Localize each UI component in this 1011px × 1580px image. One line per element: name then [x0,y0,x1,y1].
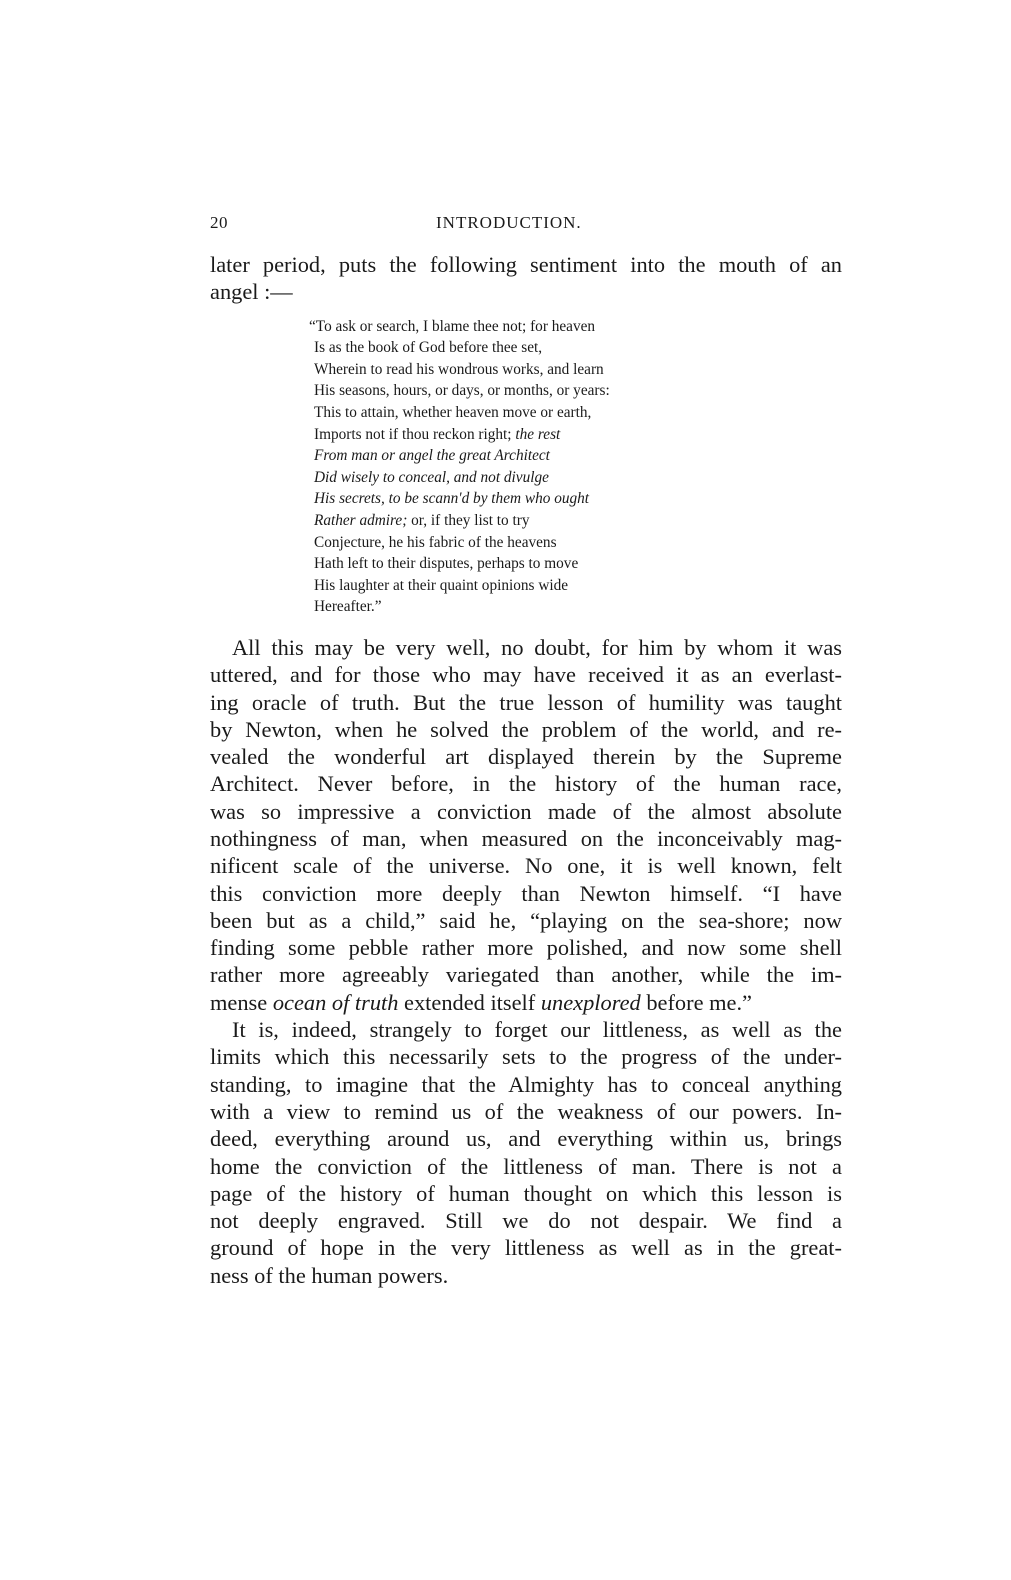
text-line: ground of hope in the very littleness as… [210,1234,842,1261]
text-line: finding some pebble rather more polished… [210,934,842,961]
text-run: extended itself [398,990,540,1015]
text-line: standing, to imagine that the Almighty h… [210,1071,842,1098]
verse-line: Conjecture, he his fabric of the heavens [314,532,842,554]
verse-line: Hereafter.” [314,596,842,618]
paragraph-newton: All this may be very well, no doubt, for… [210,634,842,1016]
verse-line: From man or angel the great Architect [314,445,842,467]
verse-line: Hath left to their disputes, perhaps to … [314,553,842,575]
text-line: by Newton, when he solved the problem of… [210,716,842,743]
running-head: 20 INTRODUCTION. [210,213,842,239]
text-line: Architect. Never before, in the history … [210,770,842,797]
text-line: later period, puts the following sentime… [210,251,842,278]
text-line: not deeply engraved. Still we do not des… [210,1207,842,1234]
text-line: home the conviction of the littleness of… [210,1153,842,1180]
text-line: ness of the human powers. [210,1262,842,1289]
verse-line: Wherein to read his wondrous works, and … [314,359,842,381]
opening-paragraph: later period, puts the following sentime… [210,251,842,306]
text-line: with a view to remind us of the weakness… [210,1098,842,1125]
text-line: nothingness of man, when measured on the… [210,825,842,852]
text-line: deed, everything around us, and everythi… [210,1125,842,1152]
paragraph-littleness: It is, indeed, strangely to forget our l… [210,1016,842,1289]
text-line: mense ocean of truth extended itself une… [210,989,842,1016]
verse-line: “To ask or search, I blame thee not; for… [314,316,842,338]
verse-line: Is as the book of God before thee set, [314,337,842,359]
text-run: before me.” [641,990,752,1015]
verse-line: This to attain, whether heaven move or e… [314,402,842,424]
milton-verse-quotation: “To ask or search, I blame thee not; for… [314,316,842,618]
verse-line: Did wisely to conceal, and not divulge [314,467,842,489]
verse-line: Rather admire; or, if they list to try [314,510,842,532]
text-line: All this may be very well, no doubt, for… [210,634,842,661]
text-line: angel :— [210,278,842,305]
text-line: rather more agreeably variegated than an… [210,961,842,988]
verse-line-plain: Imports not if thou reckon right; [314,426,515,443]
text-line: uttered, and for those who may have rece… [210,661,842,688]
verse-line-plain: or, if they list to try [407,512,529,529]
text-line: nificent scale of the universe. No one, … [210,852,842,879]
verse-line: His seasons, hours, or days, or months, … [314,380,842,402]
book-page: 20 INTRODUCTION. later period, puts the … [210,213,842,1289]
verse-line: His secrets, to be scann'd by them who o… [314,488,842,510]
text-line: It is, indeed, strangely to forget our l… [210,1016,842,1043]
italic-emphasis: unexplored [541,990,641,1015]
text-line: was so impressive a conviction made of t… [210,798,842,825]
text-line: vealed the wonderful art displayed there… [210,743,842,770]
page-number: 20 [210,213,228,233]
italic-emphasis: ocean of truth [273,990,399,1015]
text-line: been but as a child,” said he, “playing … [210,907,842,934]
running-title: INTRODUCTION. [436,213,582,233]
verse-line: His laughter at their quaint opinions wi… [314,575,842,597]
text-run: mense [210,990,273,1015]
verse-line-italic: Rather admire; [314,512,407,529]
verse-line: Imports not if thou reckon right; the re… [314,424,842,446]
text-line: ing oracle of truth. But the true lesson… [210,689,842,716]
text-line: limits which this necessarily sets to th… [210,1043,842,1070]
text-line: this conviction more deeply than Newton … [210,880,842,907]
text-line: page of the history of human thought on … [210,1180,842,1207]
verse-line-italic: the rest [515,426,560,443]
